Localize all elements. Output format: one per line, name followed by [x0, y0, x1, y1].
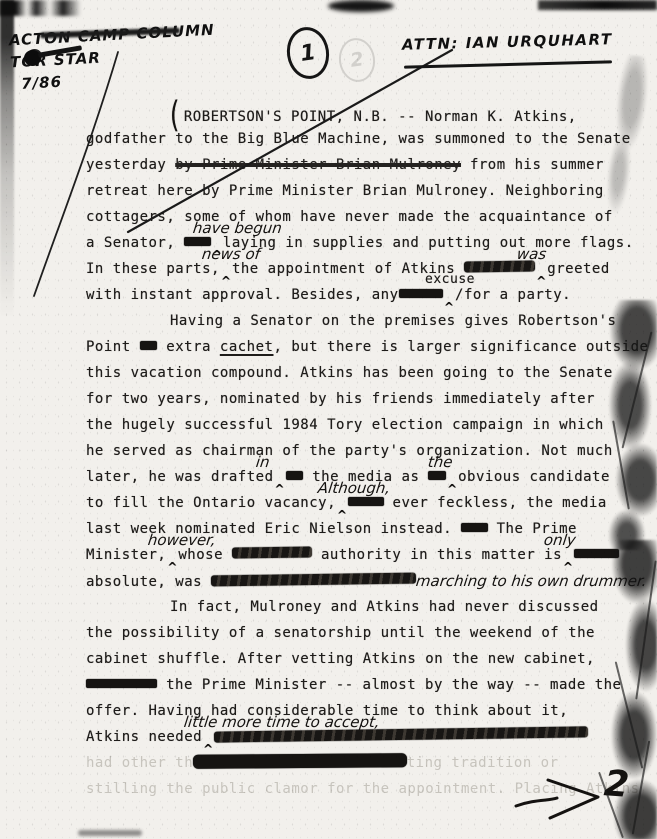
handwritten-insert-above: however, [147, 527, 218, 553]
bottom-edge-smear [78, 830, 142, 836]
typed-line-23: the Prime Minister -- almost by the way … [86, 672, 652, 698]
top-left-corner-smudge [0, 0, 90, 16]
typed-line-14: he served as chairman of the party's org… [86, 438, 652, 464]
typed-line-5: cottagers, some of whom have never made … [86, 204, 652, 230]
typed-text: this vacation compound. Atkins has been … [86, 365, 613, 381]
ghost-text: stilling the public clamor for the appoi… [86, 781, 640, 797]
typed-line-21: the possibility of a senatorship until t… [86, 620, 652, 646]
scanned-draft-page: ACTON CAMP COLUMN TOR STAR 7/86 1 2 ATTN… [0, 0, 657, 839]
typed-text: last week nominated Eric Nielson instead… [86, 521, 461, 537]
typed-line-18: Minister,however,^whose authority in thi… [86, 542, 652, 568]
next-page-number: 2 [603, 763, 631, 806]
redaction-mark [574, 549, 619, 558]
typed-text: the Prime Minister -- almost by the way … [157, 677, 621, 693]
typed-text: godfather to the Big Blue Machine, was s… [86, 131, 631, 147]
typed-text: cabinet shuffle. After vetting Atkins on… [86, 651, 595, 667]
redaction-mark [286, 471, 304, 480]
ghost-text: had other th [86, 755, 193, 771]
handwritten-insert: the^ [446, 467, 458, 481]
struck-out-text: by Prime Minister Brian Mulroney [175, 157, 461, 173]
typed-text: with instant approval. Besides, any [86, 287, 399, 303]
redaction-mark [86, 679, 157, 688]
typed-line-9: Having a Senator on the premises gives R… [86, 308, 652, 334]
typed-line-10: Point extra cachet, but there is larger … [86, 334, 652, 360]
typed-line-26: had other thting tradition or [86, 750, 652, 776]
faint-page-number-text: 2 [349, 48, 365, 72]
typed-text: retreat here by Prime Minister Brian Mul… [86, 183, 604, 199]
ghost-text: ting tradition or [407, 755, 559, 771]
typed-line-7: In these parts,news of^the appointment o… [86, 256, 652, 282]
typed-line-19: absolute, was marching to his own drumme… [86, 568, 652, 594]
typed-line-8: with instant approval. Besides, anyexcus… [86, 282, 652, 308]
typed-text: extra [157, 339, 220, 355]
attn-underline-stroke [404, 60, 612, 68]
typed-text: ROBERTSON'S POINT, N.B. -- Norman K. Atk… [184, 109, 577, 125]
typed-text: he served as chairman of the party's org… [86, 443, 613, 459]
handwritten-insert-above: the [427, 449, 455, 475]
handwritten-insert: Although,^ [336, 493, 348, 507]
typed-text: obvious candidate [458, 469, 610, 485]
typed-line-11: this vacation compound. Atkins has been … [86, 360, 652, 386]
typed-text: cottagers, some of whom have never made … [86, 209, 613, 225]
handwritten-insert: however,^ [166, 545, 178, 559]
handwritten-insert-above: have begun [191, 215, 283, 241]
typed-line-2: godfather to the Big Blue Machine, was s… [86, 126, 652, 152]
handwritten-slug: ACTON CAMP COLUMN TOR STAR 7/86 [8, 19, 217, 96]
typed-line-27: stilling the public clamor for the appoi… [86, 776, 652, 802]
typed-text: , but there is larger significance outsi… [273, 339, 648, 355]
typed-text: from his summer [461, 157, 604, 173]
attn-line: ATTN: IAN URQUHART [402, 30, 613, 54]
typed-text: laying in supplies and putting out more … [223, 235, 634, 251]
typed-line-3: yesterday by Prime Minister Brian Mulron… [86, 152, 652, 178]
redaction-mark [193, 753, 407, 768]
redaction-mark [348, 497, 384, 506]
handwritten-insert: little more time to accept,^ [202, 727, 214, 741]
typed-text: later, he was drafted [86, 469, 274, 485]
typed-text: Point [86, 339, 140, 355]
redaction-mark [461, 523, 488, 532]
typed-line-25: Atkins neededlittle more time to accept,… [86, 724, 652, 750]
typed-line-22: cabinet shuffle. After vetting Atkins on… [86, 646, 652, 672]
underlined-word: cachet [220, 339, 274, 355]
typed-text: authority in this matter is [312, 547, 562, 563]
typed-line-6: a Senator, have begun^laying in supplies… [86, 230, 652, 256]
handwritten-insert-above: was [516, 241, 548, 267]
faint-circled-page-number: 2 [336, 36, 378, 85]
handwritten-insert: only^ [562, 545, 574, 559]
typed-text: the possibility of a senatorship until t… [86, 625, 595, 641]
handwritten-insert-above: only [542, 527, 577, 553]
typed-text: a Senator, [86, 235, 184, 251]
typed-line-1: (ROBERTSON'S POINT, N.B. -- Norman K. At… [86, 100, 652, 126]
handwritten-text: marching to his own drummer. [414, 568, 648, 594]
handwritten-insert-above: news of [200, 241, 261, 267]
typed-text: absolute, was [86, 574, 211, 590]
page-number-text: 1 [299, 40, 318, 67]
typed-text: Having a Senator on the premises gives R… [170, 313, 616, 329]
handwritten-insert: was^ [535, 259, 547, 273]
typed-text: greeted [547, 261, 610, 277]
scribble-strikeout [211, 573, 416, 587]
typed-text: for two years, nominated by his friends … [86, 391, 595, 407]
scribble-strikeout [232, 546, 312, 558]
circled-page-number: 1 [284, 24, 333, 81]
typed-text: yesterday [86, 157, 175, 173]
typed-body-text: (ROBERTSON'S POINT, N.B. -- Norman K. At… [86, 100, 652, 802]
typed-line-16: to fill the Ontario vacancy,Although,^ e… [86, 490, 652, 516]
typed-line-4: retreat here by Prime Minister Brian Mul… [86, 178, 652, 204]
handwritten-insert: excuse^ [443, 285, 455, 299]
typed-line-20: In fact, Mulroney and Atkins had never d… [86, 594, 652, 620]
handwritten-insert-above: in [254, 449, 271, 475]
redaction-mark [140, 341, 158, 350]
top-edge-blob [328, 0, 394, 12]
top-right-edge-band [538, 0, 657, 10]
typed-line-13: the hugely successful 1984 Tory election… [86, 412, 652, 438]
typed-text: In fact, Mulroney and Atkins had never d… [170, 599, 599, 615]
typed-text: the hugely successful 1984 Tory election… [86, 417, 604, 433]
typed-line-12: for two years, nominated by his friends … [86, 386, 652, 412]
typed-text: ever feckless, the media [384, 495, 607, 511]
handwritten-insert: in^ [274, 467, 286, 481]
typed-text: to fill the Ontario vacancy, [86, 495, 336, 511]
handwritten-insert: news of^ [220, 259, 232, 273]
typed-insert-above: excuse [425, 267, 475, 293]
